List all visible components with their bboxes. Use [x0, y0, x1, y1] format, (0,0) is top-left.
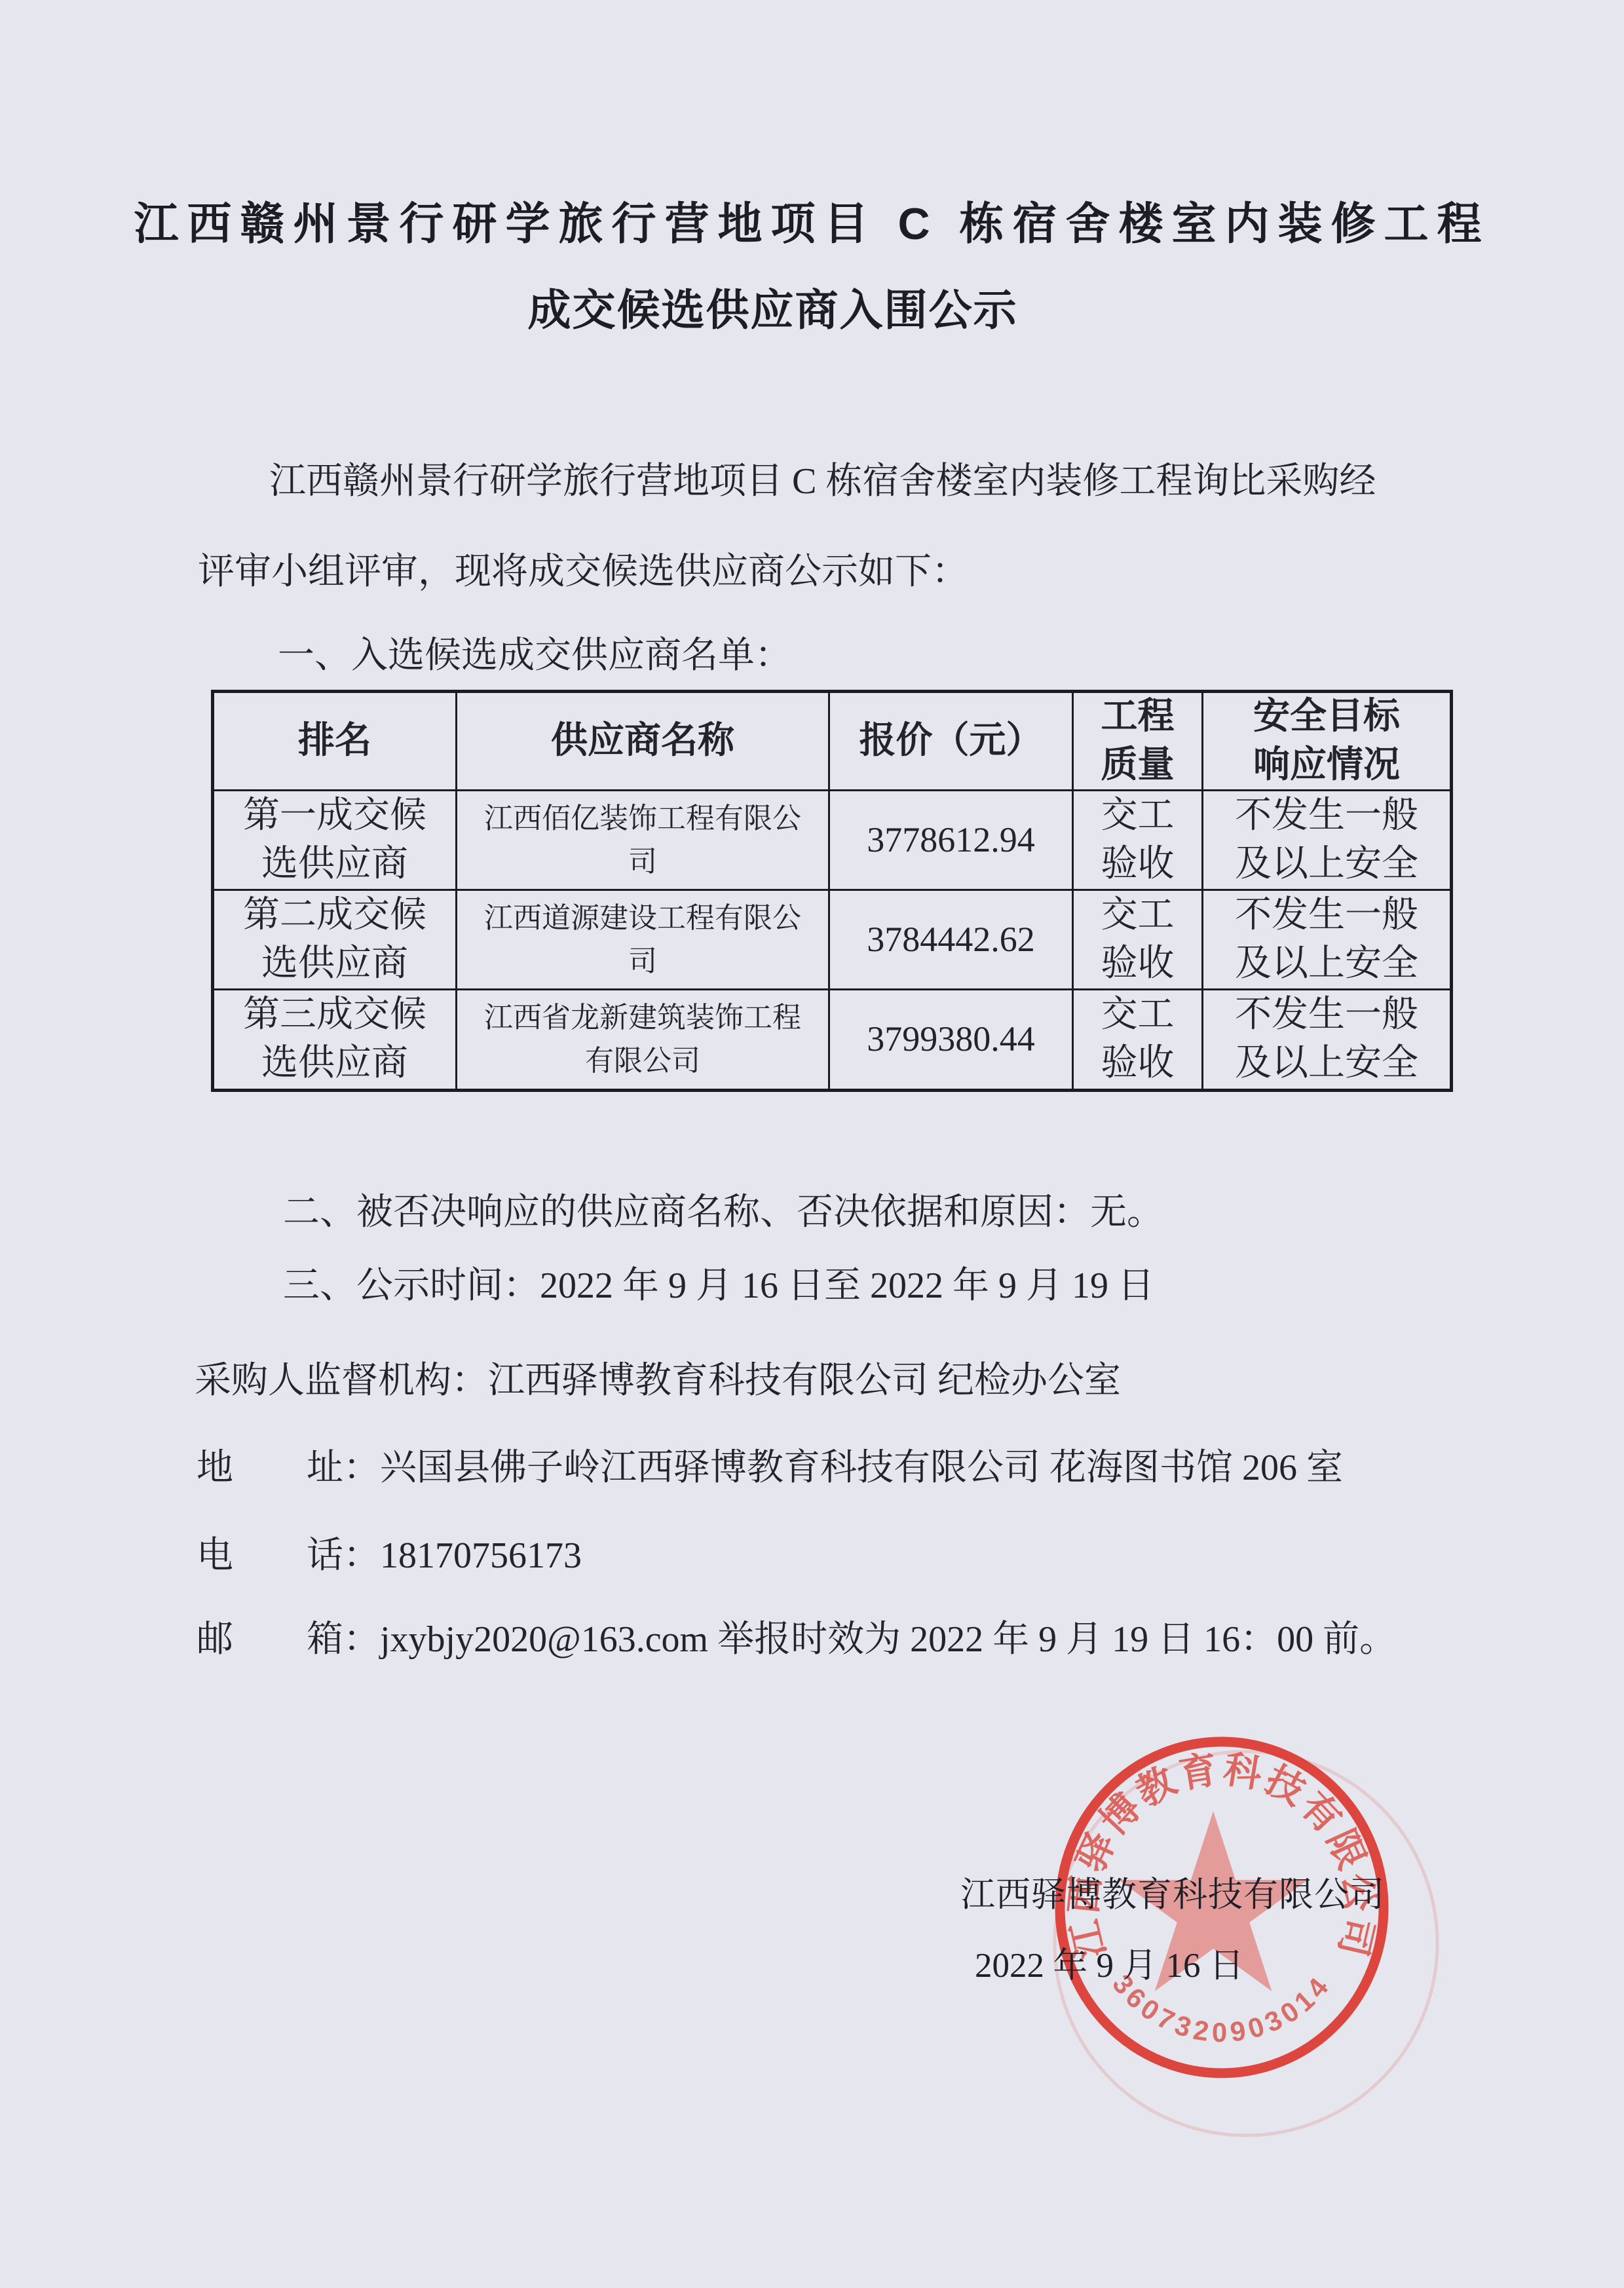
- table-row2-supplier: 江西道源建设工程有限公司: [457, 891, 828, 988]
- table-row3-quality: 交工验收: [1074, 990, 1201, 1089]
- table-header-rank: 排名: [214, 693, 455, 789]
- table-row1-supplier: 江西佰亿装饰工程有限公司: [457, 791, 828, 889]
- phone-line: 电 话：18170756173: [197, 1534, 582, 1578]
- table-row3-supplier: 江西省龙新建筑装饰工程有限公司: [457, 990, 828, 1089]
- document-title-line1: 江西赣州景行研学旅行营地项目 C 栋宿舍楼室内装修工程: [0, 189, 1624, 252]
- table-row3-rank: 第三成交候选供应商: [214, 990, 455, 1089]
- table-row1-price: 3778612.94: [830, 791, 1072, 889]
- table-row1-rank: 第一成交候选供应商: [214, 791, 455, 889]
- table-header-price: 报价（元）: [830, 693, 1072, 789]
- supervisor-line: 采购人监督机构：江西驿博教育科技有限公司 纪检办公室: [195, 1359, 1121, 1403]
- document-title-line2: 成交候选供应商入围公示: [0, 275, 1585, 337]
- section1-heading: 一、入选候选成交供应商名单：: [278, 634, 791, 678]
- intro-line2: 评审小组评审，现将成交候选供应商公示如下：: [198, 550, 968, 594]
- address-line: 地 址：兴国县佛子岭江西驿博教育科技有限公司 花海图书馆 206 室: [197, 1446, 1343, 1490]
- section2-text: 二、被否决响应的供应商名称、否决依据和原因：无。: [283, 1191, 1163, 1235]
- table-row2-safety: 不发生一般及以上安全: [1203, 891, 1450, 988]
- signature-company: 江西驿博教育科技有限公司: [960, 1867, 1385, 1917]
- table-row3-price: 3799380.44: [830, 990, 1072, 1089]
- section3-text: 三、公示时间：2022 年 9 月 16 日至 2022 年 9 月 19 日: [283, 1264, 1154, 1308]
- table-header-safety: 安全目标响应情况: [1203, 693, 1450, 789]
- document-page: 江西赣州景行研学旅行营地项目 C 栋宿舍楼室内装修工程 成交候选供应商入围公示 …: [0, 0, 1624, 2288]
- table-header-quality: 工程质量: [1074, 693, 1201, 789]
- table-row2-price: 3784442.62: [830, 891, 1072, 988]
- table-row2-rank: 第二成交候选供应商: [214, 891, 455, 988]
- intro-line1: 江西赣州景行研学旅行营地项目 C 栋宿舍楼室内装修工程询比采购经: [269, 460, 1376, 504]
- table-row3-safety: 不发生一般及以上安全: [1203, 990, 1450, 1089]
- table-row1-quality: 交工验收: [1074, 791, 1201, 889]
- signature-date: 2022 年 9 月 16 日: [975, 1938, 1244, 1987]
- supplier-table: 排名 供应商名称 报价（元） 工程质量 安全目标响应情况 第一成交候选供应商 江…: [211, 690, 1453, 1092]
- table-row2-quality: 交工验收: [1074, 891, 1201, 988]
- email-line: 邮 箱：jxybjy2020@163.com 举报时效为 2022 年 9 月 …: [197, 1618, 1396, 1662]
- table-header-supplier: 供应商名称: [457, 693, 828, 789]
- table-row1-safety: 不发生一般及以上安全: [1203, 791, 1450, 889]
